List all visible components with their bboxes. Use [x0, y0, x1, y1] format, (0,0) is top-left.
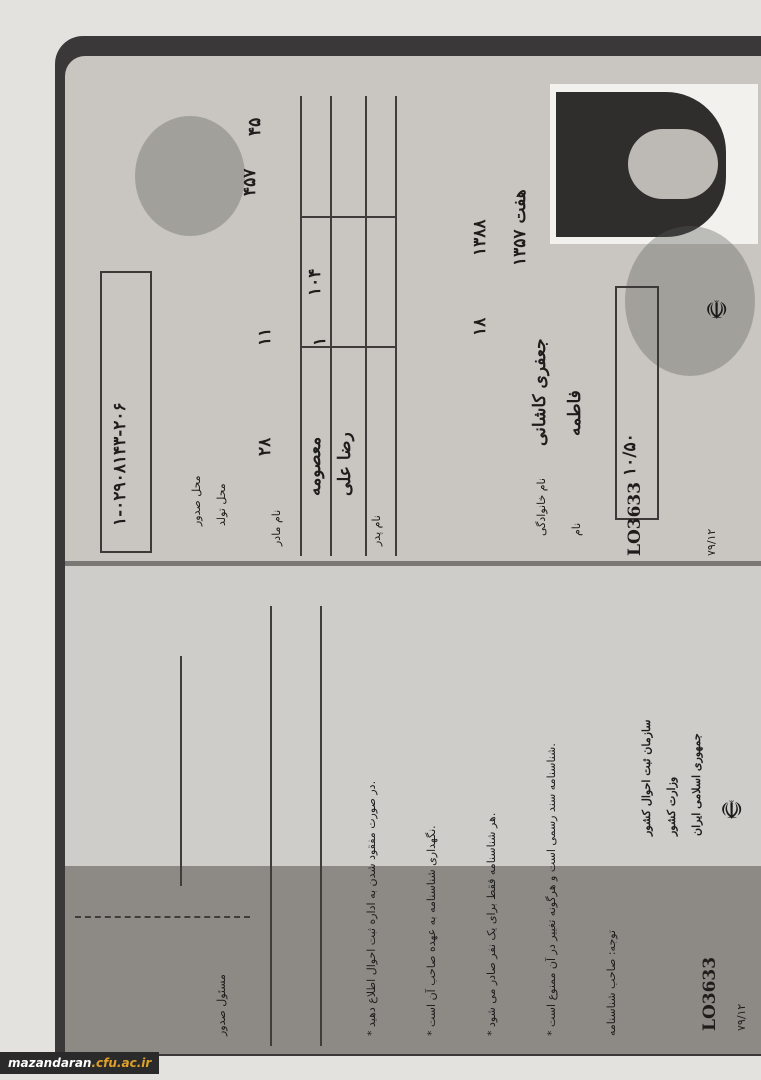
note-line-3: * هر شناسنامه فقط برای یک نفر صادر می شو…	[485, 813, 498, 1036]
note-line-1: توجه: صاحب شناسنامه	[605, 930, 618, 1036]
watermark-suffix: .cfu.ac.ir	[91, 1056, 151, 1070]
instructions-page: ☫ جمهوری اسلامی ایران وزارت کشور سازمان …	[65, 566, 761, 1054]
note-line-4: * نگهداری شناسنامه به عهده صاحب آن است.	[425, 825, 438, 1036]
iran-emblem-icon: ☫	[705, 296, 728, 326]
table-value-3: ۲۸	[255, 438, 275, 456]
national-code: ۱-۰۲۹۰۸۱۴۳-۲۰۶	[110, 402, 130, 526]
serial-prefix: ۷۹/۱۲	[705, 529, 718, 556]
serial-number-bottom: LO3633	[700, 957, 720, 1031]
office: سازمان ثبت احوال کشور	[640, 719, 653, 836]
iran-emblem-icon-2: ☫	[720, 796, 743, 826]
certificate-booklet: ☫ ۱۰/۵۰ LO3633 ۷۹/۱۲ نام فاطمه ۱۳۵۷ هفت …	[55, 36, 761, 1056]
birth-year: ۱۳۵۷ هفت	[510, 189, 530, 266]
dark-scan-area	[65, 866, 761, 1054]
table-value-4: ۱۱	[255, 328, 275, 346]
issuer-label: مسئول صدور	[215, 974, 228, 1036]
table-value-5: ۴۵۷	[240, 169, 260, 196]
mother-label: نام مادر	[270, 510, 283, 546]
identity-page: ☫ ۱۰/۵۰ LO3633 ۷۹/۱۲ نام فاطمه ۱۳۵۷ هفت …	[65, 56, 761, 566]
photo-face	[628, 129, 718, 199]
birthplace-label: محل تولد	[215, 483, 228, 526]
serial-prefix-bottom: ۷۹/۱۲	[735, 1004, 748, 1031]
scan-background: ☫ ۱۰/۵۰ LO3633 ۷۹/۱۲ نام فاطمه ۱۳۵۷ هفت …	[0, 0, 761, 1080]
note-line-5: * در صورت مفقود شدن به اداره ثبت احوال ا…	[365, 781, 378, 1036]
ministry: وزارت کشور	[665, 777, 678, 836]
table-value-6: ۴۵	[245, 118, 265, 136]
family-name-value: جعفری کاشانی	[530, 338, 550, 446]
issue-place-label: محل صدور	[190, 475, 203, 526]
registration-year: ۱۳۸۸	[470, 219, 490, 256]
id-number: ۱۰/۵۰	[620, 433, 640, 476]
table-value-2: ۱۰۴	[305, 269, 325, 296]
table-value-1: ۱	[310, 337, 330, 346]
note-line-2: * شناسنامه سند رسمی است و هرگونه تغییر د…	[545, 743, 558, 1036]
site-watermark: mazandaran.cfu.ac.ir	[0, 1052, 159, 1074]
header-republic: جمهوری اسلامی ایران	[690, 733, 703, 836]
id-photo	[550, 84, 758, 244]
signature-seal	[135, 116, 245, 236]
serial-number: LO3633	[625, 482, 645, 556]
day-number: ۱۸	[470, 318, 490, 336]
first-name-label: نام	[570, 523, 583, 536]
watermark-prefix: mazandaran	[8, 1056, 91, 1070]
first-name-value: فاطمه	[565, 390, 585, 436]
father-label: نام پدر	[370, 515, 383, 546]
mother-value: معصومه	[305, 437, 325, 496]
father-value: رضا علی	[335, 432, 355, 496]
family-name-label: نام خانوادگی	[535, 478, 548, 536]
